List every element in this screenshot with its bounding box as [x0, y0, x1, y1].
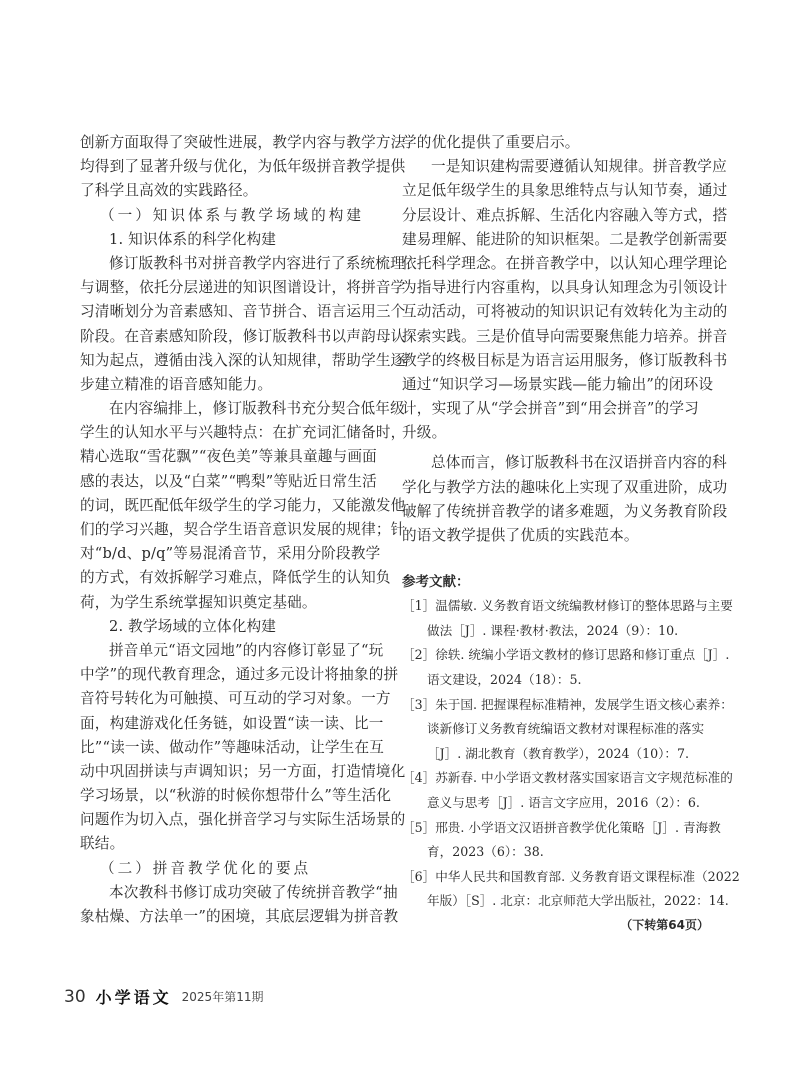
section-heading-1: （一）知识体系与教学场域的构建 [80, 204, 393, 228]
paragraph-conclusion: 总体而言，修订版教科书在汉语拼音内容的科 学化与教学方法的趣味化上实现了双重进阶… [402, 451, 715, 548]
body-line: 升级。 [402, 421, 715, 445]
body-line: 建易理解、能进阶的知识框架。二是教学创新需要 [402, 228, 715, 252]
body-line: 总体而言，修订版教科书在汉语拼音内容的科 [402, 451, 715, 475]
reference-item: ［2］徐轶. 统编小学语文教材的修订思路和修订重点［J］. 语文建设，2024（… [402, 643, 715, 692]
body-line: 拼音单元“语文园地”的内容修订彰显了“玩 [80, 639, 393, 663]
body-line: 步建立精准的语音感知能力。 [80, 373, 393, 397]
page-footer: 30 小学语文 2025年第11期 [64, 985, 263, 1008]
paragraph-2: 在内容编排上，修订版教科书充分契合低年级 学生的认知水平与兴趣特点：在扩充词汇储… [80, 397, 393, 615]
body-line: 互动活动，可将被动的知识识记有效转化为主动的 [402, 300, 715, 324]
body-line: 本次教科书修订成功突破了传统拼音教学“抽 [80, 881, 393, 905]
reference-number: ［3］ [402, 697, 435, 712]
body-line: 的方式，有效拆解学习难点，降低学生的认知负 [80, 566, 393, 590]
subsection-heading-2: 2. 教学场域的立体化构建 [80, 615, 393, 639]
body-line: 一是知识建构需要遵循认知规律。拼音教学应 [402, 155, 715, 179]
body-line: 问题作为切入点，强化拼音学习与实际生活场景的 [80, 808, 393, 832]
body-line: 在内容编排上，修订版教科书充分契合低年级 [80, 397, 393, 421]
body-line: 学习场景，以“秋游的时候你想带什么”等生活化 [80, 784, 393, 808]
body-line: 立足低年级学生的具象思维特点与认知节奏，通过 [402, 179, 715, 203]
references-list: ［1］温儒敏. 义务教育语文统编教材修订的整体思路与主要 做法［J］. 课程·教… [402, 594, 715, 914]
body-line: 对“b/d、p/q”等易混淆音节，采用分阶段教学 [80, 542, 393, 566]
page-number: 30 [64, 987, 86, 1007]
body-line: 与调整，依托分层递进的知识图谱设计，将拼音学 [80, 276, 393, 300]
body-line: 中学”的现代教育理念，通过多元设计将抽象的拼 [80, 663, 393, 687]
body-line: 象枯燥、方法单一”的困境，其底层逻辑为拼音教 [80, 905, 393, 929]
body-line: 依托科学理念。在拼音教学中，以认知心理学理论 [402, 252, 715, 276]
subsection-heading-1: 1. 知识体系的科学化构建 [80, 228, 393, 252]
reference-item: ［6］中华人民共和国教育部. 义务教育语文课程标准（2022 年版）［S］. 北… [402, 865, 715, 914]
body-line: 荷，为学生系统掌握知识奠定基础。 [80, 591, 393, 615]
body-line: 破解了传统拼音教学的诸多难题，为义务教育阶段 [402, 500, 715, 524]
body-line: 计，实现了从“学会拼音”到“用会拼音”的学习 [402, 397, 715, 421]
issue-label: 2025年第11期 [182, 988, 264, 1005]
body-line: 学生的认知水平与兴趣特点：在扩充词汇储备时， [80, 421, 393, 445]
body-line: 均得到了显著升级与优化，为低年级拼音教学提供 [80, 155, 393, 179]
body-line: 通过“知识学习—场景实践—能力输出”的闭环设 [402, 373, 715, 397]
body-line: 感的表达，以及“白菜”“鸭梨”等贴近日常生活 [80, 470, 393, 494]
body-line: 动中巩固拼读与声调知识；另一方面，打造情境化 [80, 760, 393, 784]
body-line: 音符号转化为可触摸、可互动的学习对象。一方 [80, 687, 393, 711]
reference-number: ［1］ [402, 598, 435, 613]
references-title: 参考文献： [402, 570, 715, 594]
body-line: 分层设计、难点拆解、生活化内容融入等方式，搭 [402, 204, 715, 228]
body-line: 阶段。在音素感知阶段，修订版教科书以声韵母认 [80, 325, 393, 349]
body-line: 教学的终极目标是为语言运用服务，修订版教科书 [402, 349, 715, 373]
body-line: 联结。 [80, 832, 393, 856]
reference-item: ［5］邢贵. 小学语文汉语拼音教学优化策略［J］. 青海教 育，2023（6）：… [402, 816, 715, 865]
reference-number: ［2］ [402, 647, 435, 662]
body-line: 学化与教学方法的趣味化上实现了双重进阶，成功 [402, 476, 715, 500]
reference-number: ［4］ [402, 770, 435, 785]
body-line: 们的学习兴趣，契合学生语音意识发展的规律；针 [80, 518, 393, 542]
left-column: 创新方面取得了突破性进展，教学内容与教学方法 均得到了显著升级与优化，为低年级拼… [80, 131, 393, 929]
paragraph-4: 本次教科书修订成功突破了传统拼音教学“抽 象枯燥、方法单一”的困境，其底层逻辑为… [80, 881, 393, 929]
body-line: 修订版教科书对拼音教学内容进行了系统梳理 [80, 252, 393, 276]
body-line: 习清晰划分为音素感知、音节拼合、语言运用三个 [80, 300, 393, 324]
body-line: 面，构建游戏化任务链，如设置“读一读、比一 [80, 712, 393, 736]
paragraph-insights: 一是知识建构需要遵循认知规律。拼音教学应 立足低年级学生的具象思维特点与认知节奏… [402, 155, 715, 445]
body-line: 为指导进行内容重构，以具身认知理念为引领设计 [402, 276, 715, 300]
paragraph-1: 修订版教科书对拼音教学内容进行了系统梳理 与调整，依托分层递进的知识图谱设计，将… [80, 252, 393, 397]
body-line: 的词，既匹配低年级学生的学习能力，又能激发他 [80, 494, 393, 518]
reference-item: ［3］朱于国. 把握课程标准精神，发展学生语文核心素养： 谈新修订义务教育统编语… [402, 693, 715, 767]
reference-item: ［4］苏新春. 中小学语文教材落实国家语言文字规范标准的 意义与思考［J］. 语… [402, 766, 715, 815]
body-line: 了科学且高效的实践路径。 [80, 179, 393, 203]
reference-number: ［5］ [402, 820, 435, 835]
body-line: 精心选取“雪花飘”“夜色美”等兼具童趣与画面 [80, 445, 393, 469]
body-line: 知为起点，遵循由浅入深的认知规律，帮助学生逐 [80, 349, 393, 373]
section-heading-2: （二）拼音教学优化的要点 [80, 857, 393, 881]
right-column: 学的优化提供了重要启示。 一是知识建构需要遵循认知规律。拼音教学应 立足低年级学… [402, 131, 715, 933]
body-line: 创新方面取得了突破性进展，教学内容与教学方法 [80, 131, 393, 155]
body-line: 探索实践。三是价值导向需要聚焦能力培养。拼音 [402, 325, 715, 349]
body-line: 学的优化提供了重要启示。 [402, 131, 715, 155]
body-line: 比”“读一读、做动作”等趣味活动，让学生在互 [80, 736, 393, 760]
reference-number: ［6］ [402, 869, 435, 884]
paragraph-3: 拼音单元“语文园地”的内容修订彰显了“玩 中学”的现代教育理念，通过多元设计将抽… [80, 639, 393, 857]
reference-item: ［1］温儒敏. 义务教育语文统编教材修订的整体思路与主要 做法［J］. 课程·教… [402, 594, 715, 643]
magazine-logo: 小学语文 [96, 985, 172, 1008]
body-line: 的语文教学提供了优质的实践范本。 [402, 524, 715, 548]
continued-note: （下转第64页） [402, 916, 715, 933]
